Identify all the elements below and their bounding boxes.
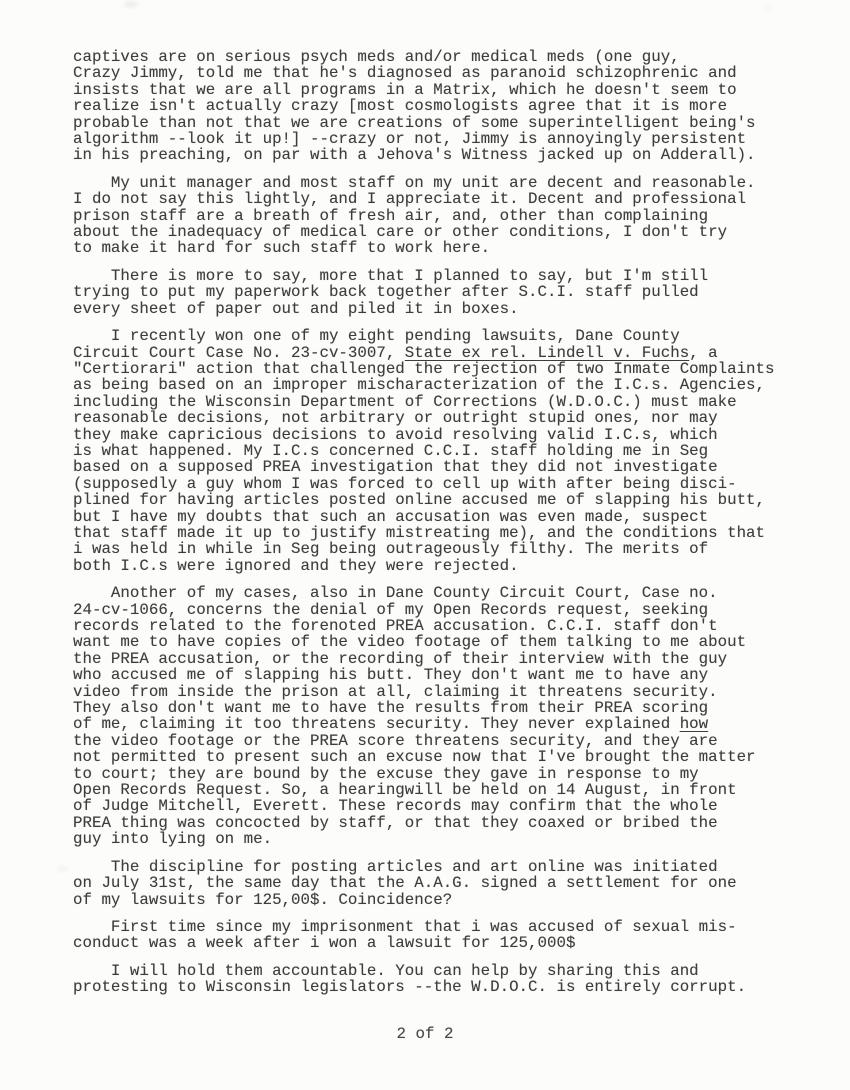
paragraph-psych-meds: captives are on serious psych meds and/o… — [73, 49, 835, 164]
p5-text-after: the video footage or the PREA score thre… — [73, 732, 756, 848]
paragraph-more-to-say: There is more to say, more that I planne… — [73, 268, 835, 317]
paper-smudge — [766, 6, 772, 10]
p5-text-before: Another of my cases, also in Dane County… — [73, 584, 746, 733]
page-number: 2 of 2 — [0, 1026, 850, 1042]
paragraph-certiorari-lawsuit: I recently won one of my eight pending l… — [73, 328, 835, 574]
paper-smudge — [124, 2, 138, 7]
paragraph-first-accusation: First time since my imprisonment that i … — [73, 919, 835, 952]
letter-body: captives are on serious psych meds and/o… — [73, 49, 835, 1007]
p4-text-after: , a "Certiorari" action that challenged … — [73, 344, 775, 575]
paragraph-unit-staff: My unit manager and most staff on my uni… — [73, 175, 835, 257]
typewritten-letter-page: captives are on serious psych meds and/o… — [0, 0, 850, 1090]
paragraph-open-records-case: Another of my cases, also in Dane County… — [73, 585, 835, 848]
paper-smudge — [58, 866, 68, 872]
paragraph-hold-accountable: I will hold them accountable. You can he… — [73, 963, 835, 996]
emphasis-how-underlined: how — [680, 715, 708, 733]
paragraph-discipline-timing: The discipline for posting articles and … — [73, 859, 835, 908]
case-citation-underlined: State ex rel. Lindell v. Fuchs — [405, 344, 689, 362]
